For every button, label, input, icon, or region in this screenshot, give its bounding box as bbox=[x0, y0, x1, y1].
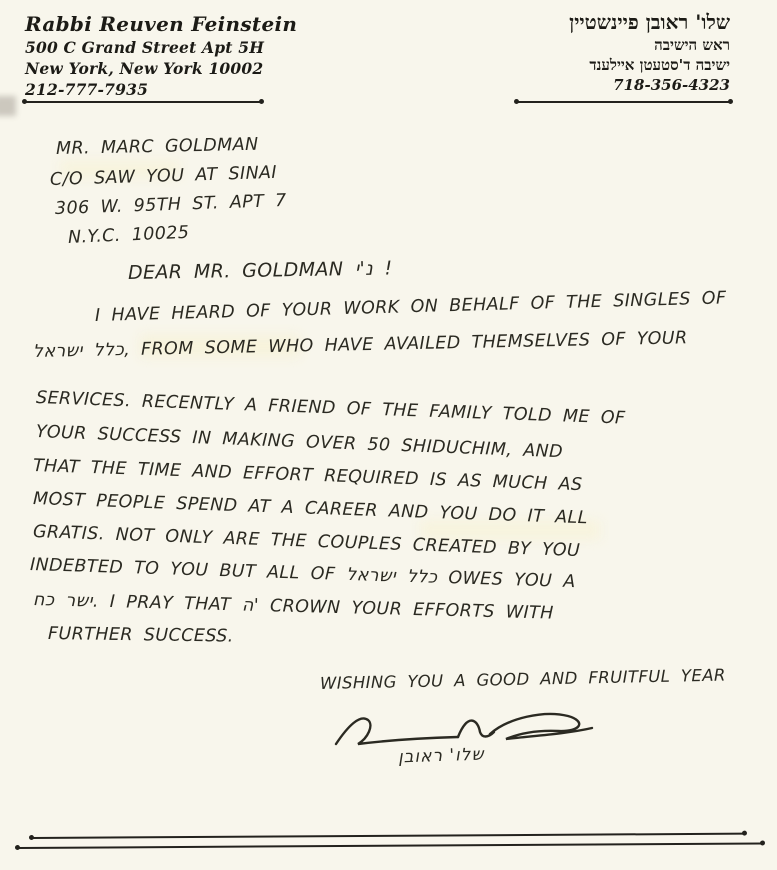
sender-address-line1: 500 C Grand Street Apt 5H bbox=[25, 38, 325, 57]
sender-yeshiva-hebrew: ישיבה ד'סטעטן איילענד bbox=[430, 56, 730, 75]
letterhead-rule-left bbox=[25, 101, 261, 103]
recipient-line: C/O SAW YOU AT SINAI bbox=[50, 163, 278, 190]
body-line: INDEBTED TO YOU BUT ALL OF כלל ישראל OWE… bbox=[30, 555, 576, 592]
recipient-line: N.Y.C. 10025 bbox=[68, 223, 190, 248]
salutation: DEAR MR. GOLDMAN נ'י ! bbox=[128, 257, 393, 284]
footer-rule-top bbox=[32, 833, 744, 839]
closing-line: WISHING YOU A GOOD AND FRUITFUL YEAR bbox=[320, 666, 726, 693]
recipient-line: MR. MARC GOLDMAN bbox=[56, 135, 259, 159]
sender-title-hebrew: ראש הישיבה bbox=[430, 36, 730, 55]
letterhead-rule-right bbox=[517, 101, 730, 103]
body-line: FURTHER SUCCESS. bbox=[48, 624, 234, 647]
body-line: כלל ישראל, FROM SOME WHO HAVE AVAILED TH… bbox=[33, 328, 688, 362]
footer-rule-bottom bbox=[18, 842, 762, 849]
sender-phone: 212-777-7935 bbox=[25, 80, 325, 99]
recipient-line: 306 W. 95TH ST. APT 7 bbox=[55, 191, 287, 219]
sender-name-hebrew: שלו' ראובן פיינשטיין bbox=[430, 10, 730, 35]
body-line: THAT THE TIME AND EFFORT REQUIRED IS AS … bbox=[33, 456, 583, 495]
letterhead-right: שלו' ראובן פיינשטיין ראש הישיבה ישיבה ד'… bbox=[430, 10, 730, 94]
letterhead-left: Rabbi Reuven Feinstein 500 C Grand Stree… bbox=[25, 12, 325, 99]
body-line: YOUR SUCCESS IN MAKING OVER 50 SHIDUCHIM… bbox=[36, 422, 564, 462]
sender-address-line2: New York, New York 10002 bbox=[25, 59, 325, 78]
body-line: SERVICES. RECENTLY A FRIEND OF THE FAMIL… bbox=[36, 388, 626, 429]
signature-hebrew: שלו' ראובן bbox=[398, 744, 485, 767]
scan-artifact bbox=[0, 96, 16, 116]
body-line: GRATIS. NOT ONLY ARE THE COUPLES CREATED… bbox=[33, 522, 581, 561]
sender-name: Rabbi Reuven Feinstein bbox=[25, 12, 325, 36]
body-line: MOST PEOPLE SPEND AT A CAREER AND YOU DO… bbox=[33, 489, 589, 528]
body-line: ישר כח. I PRAY THAT ה' CROWN YOUR EFFORT… bbox=[33, 590, 554, 624]
body-line: I HAVE HEARD OF YOUR WORK ON BEHALF OF T… bbox=[95, 288, 727, 326]
sender-phone-hebrew-side: 718-356-4323 bbox=[430, 76, 730, 94]
